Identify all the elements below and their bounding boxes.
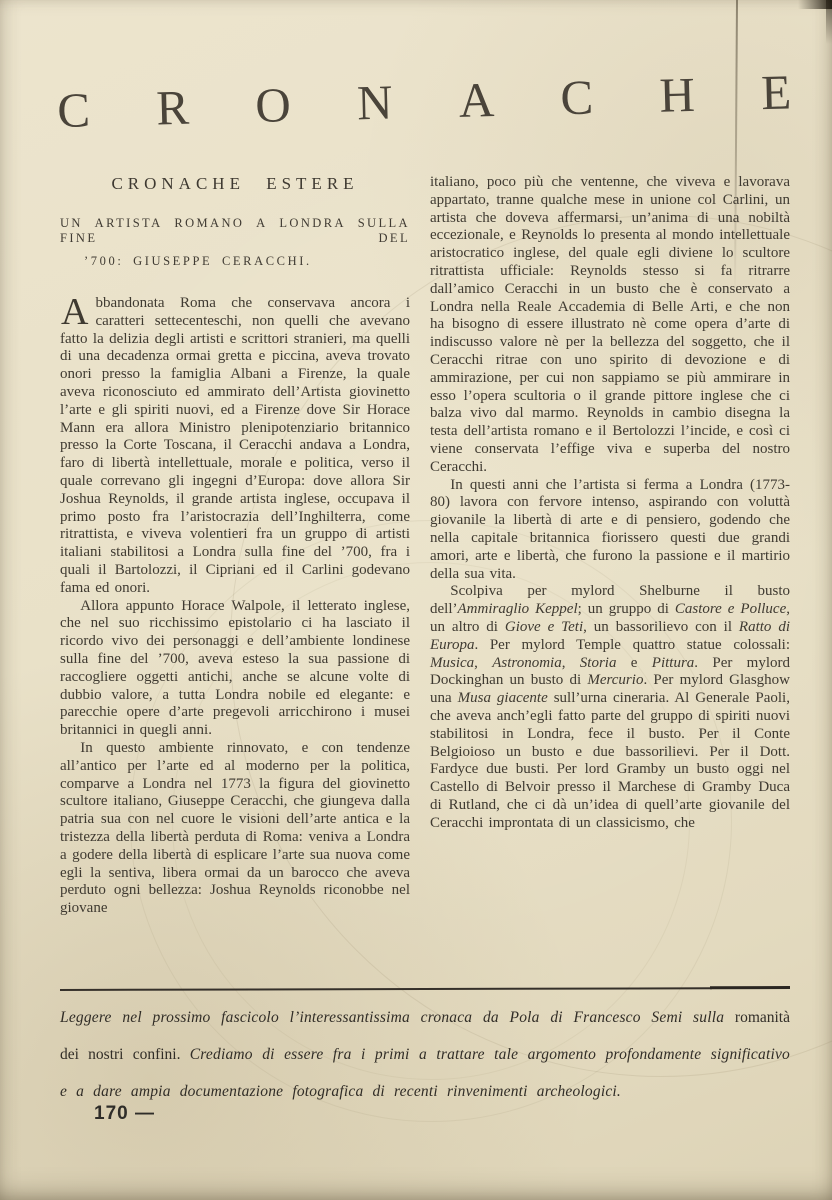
masthead-letter: C [57, 85, 91, 135]
italic-text-run: Mercurio [587, 672, 643, 688]
text-run: , [474, 655, 492, 671]
drop-cap: A [60, 295, 95, 327]
text-run: In questi anni che l’artista si ferma a … [430, 477, 790, 582]
footer-divider-thin-segment [60, 987, 712, 990]
left-column: CRONACHE ESTERE UN ARTISTA ROMANO A LOND… [60, 174, 410, 918]
italic-text-run: Giove e Teti [505, 619, 583, 635]
italic-text-run: Pittura [652, 655, 695, 671]
right-column: italiano, poco più che ventenne, che viv… [430, 174, 790, 832]
left-column-text: Abbandonata Roma che conservava ancora i… [60, 295, 410, 918]
text-run: sull’urna cineraria. Al Generale Paoli, … [430, 690, 790, 831]
footer-divider-thick-segment [710, 986, 790, 989]
paragraph: italiano, poco più che ventenne, che viv… [430, 174, 790, 477]
right-column-text: italiano, poco più che ventenne, che viv… [430, 174, 790, 832]
masthead-letter: A [458, 75, 495, 125]
footer-divider [60, 985, 790, 992]
italic-text-run: Leggere nel prossimo fascicolo l’interes… [60, 1009, 735, 1026]
italic-text-run: Musica [430, 655, 474, 671]
text-run: e [616, 655, 651, 671]
text-run: , [562, 655, 580, 671]
masthead-letter: N [356, 78, 393, 128]
masthead-letter: C [560, 72, 594, 122]
italic-text-run: Storia [580, 655, 617, 671]
text-run: . Per mylord Temple quattro statue colos… [474, 637, 790, 653]
text-run: , un bassorilievo con il [583, 619, 739, 635]
paragraph: Allora appunto Horace Walpole, il letter… [60, 598, 410, 740]
italic-text-run: Musa giacente [458, 690, 548, 706]
text-run: bbandonata Roma che conservava ancora i … [60, 295, 410, 596]
scan-edge-artifact [826, 0, 832, 44]
footer-announcement: Leggere nel prossimo fascicolo l’interes… [60, 999, 790, 1110]
text-run: In questo ambiente rinnovato, e con tend… [60, 740, 410, 916]
page-number: 170 — [94, 1103, 155, 1125]
magazine-page: CRONACHE CRONACHE ESTERE UN ARTISTA ROMA… [0, 0, 832, 1200]
text-run: italiano, poco più che ventenne, che viv… [430, 174, 790, 475]
masthead-letter: H [659, 70, 696, 120]
article-subtitle-line2: ’700: GIUSEPPE CERACCHI. [84, 254, 410, 269]
paragraph: Scolpiva per mylord Shelburne il busto d… [430, 583, 790, 832]
masthead-letter: O [255, 80, 292, 130]
text-run: Allora appunto Horace Walpole, il letter… [60, 598, 410, 739]
italic-text-run: Astronomia [492, 655, 561, 671]
section-title: CRONACHE ESTERE [60, 174, 410, 194]
masthead-letter: E [761, 67, 792, 117]
paragraph: In questi anni che l’artista si ferma a … [430, 477, 790, 584]
masthead-letter: R [156, 83, 190, 133]
text-run: ; un gruppo di [578, 601, 675, 617]
paragraph: In questo ambiente rinnovato, e con tend… [60, 740, 410, 918]
masthead-title: CRONACHE [57, 67, 792, 135]
italic-text-run: Castore e Polluce [675, 601, 786, 617]
article-subtitle-line1: UN ARTISTA ROMANO A LONDRA SULLA FINE DE… [60, 216, 410, 246]
paragraph: Abbandonata Roma che conservava ancora i… [60, 295, 410, 598]
italic-text-run: Ammiraglio Keppel [458, 601, 578, 617]
